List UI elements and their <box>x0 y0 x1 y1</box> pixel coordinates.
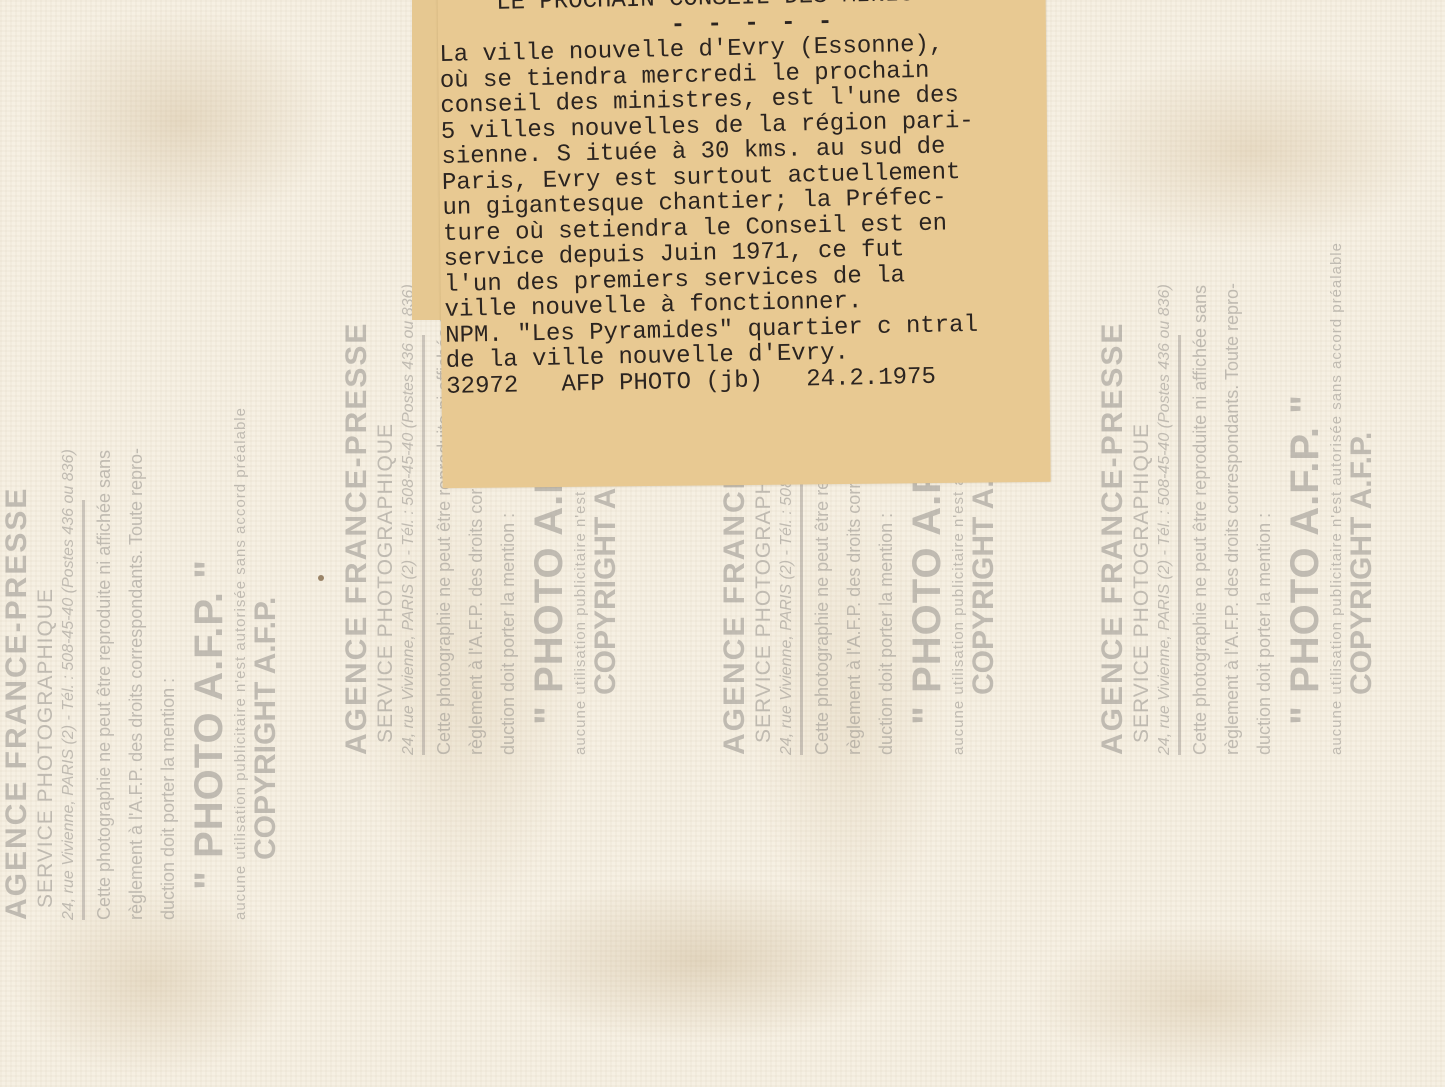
caption-text: LE PROCHAIN CONSEIL DES MINISTRES - - - … <box>438 0 1046 400</box>
stamp-agency: AGENCE FRANCE-PRESSE <box>1096 242 1130 755</box>
ink-speck <box>318 575 324 581</box>
stamp-agency: AGENCE FRANCE-PRESSE <box>0 407 34 920</box>
stamp-address: 24, rue Vivienne, PARIS (2) - Tél. : 508… <box>400 335 425 755</box>
afp-stamp-right: AGENCE FRANCE-PRESSE SERVICE PHOTOGRAPHI… <box>1096 242 1379 755</box>
reference-number: 32972 <box>446 372 519 401</box>
photo-date: 24.2.1975 <box>806 363 936 393</box>
stamp-notice-3: duction doit porter la mention : <box>155 407 181 920</box>
stamp-service: SERVICE PHOTOGRAPHIQUE <box>1130 242 1154 755</box>
stamp-usage-notice: aucune utilisation publicitaire n'est au… <box>1328 242 1345 755</box>
stamp-service: SERVICE PHOTOGRAPHIQUE <box>374 242 398 755</box>
stamp-notice-2: règlement à l'A.F.P. des droits correspo… <box>1219 242 1245 755</box>
stamp-agency: AGENCE FRANCE-PRESSE <box>340 242 374 755</box>
stamp-usage-notice: aucune utilisation publicitaire n'est au… <box>232 407 249 920</box>
afp-stamp-left: AGENCE FRANCE-PRESSE SERVICE PHOTOGRAPHI… <box>0 407 283 920</box>
stamp-address: 24, rue Vivienne, PARIS (2) - Tél. : 508… <box>60 500 85 920</box>
stamp-address: 24, rue Vivienne, PARIS (2) - Tél. : 508… <box>1156 335 1181 755</box>
stamp-copyright: COPYRIGHT A.F.P. <box>249 407 283 920</box>
photo-credit: AFP PHOTO (jb) <box>561 367 763 398</box>
stamp-notice-1: Cette photographie ne peut être reprodui… <box>91 407 117 920</box>
stamp-notice-2: règlement à l'A.F.P. des droits correspo… <box>123 407 149 920</box>
stamp-notice-3: duction doit porter la mention : <box>1251 242 1277 755</box>
stamp-photo-credit: " PHOTO A.F.P. " <box>1283 242 1328 755</box>
stamp-service: SERVICE PHOTOGRAPHIQUE <box>34 407 58 920</box>
stamp-photo-credit: " PHOTO A.F.P. " <box>187 407 232 920</box>
stamp-copyright: COPYRIGHT A.F.P. <box>1345 242 1379 755</box>
stamp-notice-1: Cette photographie ne peut être reprodui… <box>1187 242 1213 755</box>
